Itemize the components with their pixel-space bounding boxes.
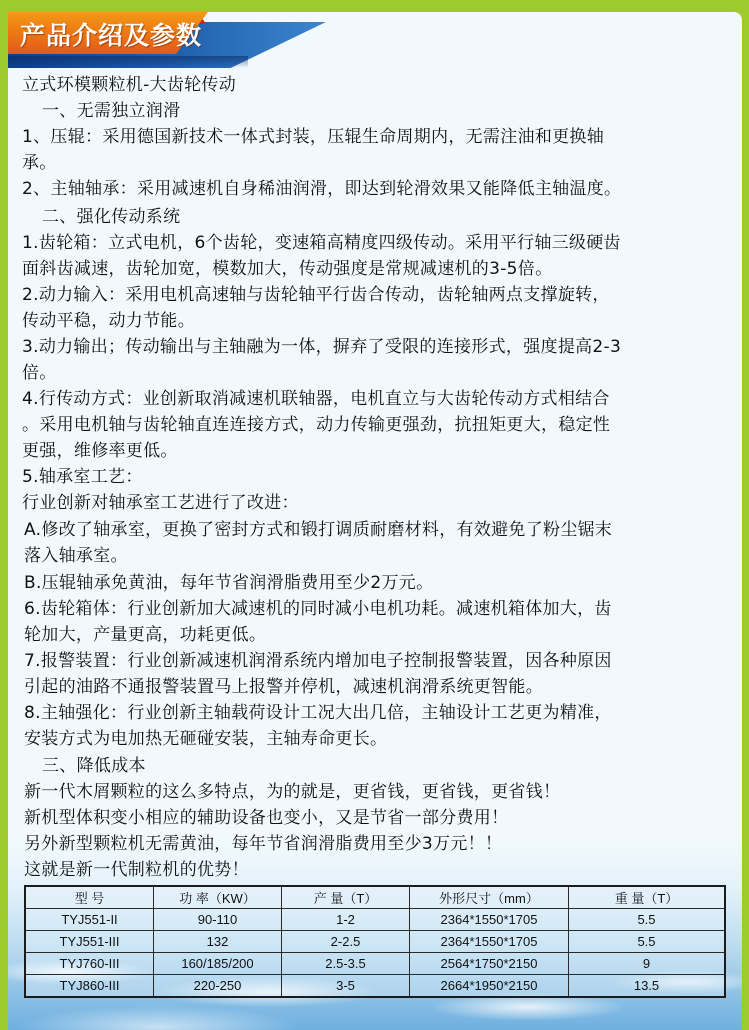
cell-power: 132 [154,931,282,953]
paragraph-line: 6.齿轮箱体：行业创新加大减速机的同时减小电机功耗。减速机箱体加大，齿 [24,598,612,620]
paragraph-line: 另外新型颗粒机无需黄油，每年节省润滑脂费用至少3万元！！ [24,833,502,855]
cell-weight: 13.5 [569,975,726,998]
paragraph-line: 2、主轴轴承：采用减速机自身稀油润滑，即达到轮滑效果又能降低主轴温度。 [22,178,621,200]
cell-model: TYJ551-II [25,909,154,931]
header-banner: 产品介绍及参数 [8,12,338,72]
paragraph-line: 倍。 [22,362,57,384]
paragraph-line: 5.轴承室工艺： [22,466,143,488]
paragraph-line: 传动平稳，动力节能。 [22,310,195,332]
cell-output: 2.5-3.5 [282,953,410,975]
table-row: TYJ860-III 220-250 3-5 2664*1950*2150 13… [25,975,725,998]
paragraph-line: 3.动力输出；传动输出与主轴融为一体，摒弃了受限的连接形式，强度提高2-3 [22,336,621,358]
section-heading: 一、无需独立润滑 [42,100,180,122]
paragraph-line: 。采用电机轴与齿轮轴直连连接方式，动力传输更强劲，抗扭矩更大，稳定性 [22,414,610,436]
table-row: TYJ551-III 132 2-2.5 2364*1550*1705 5.5 [25,931,725,953]
paragraph-line: 1.齿轮箱：立式电机，6个齿轮，变速箱高精度四级传动。采用平行轴三级硬齿 [22,232,621,254]
section-heading: 二、强化传动系统 [42,206,180,228]
paragraph-line: 8.主轴强化：行业创新主轴载荷设计工况大出几倍，主轴设计工艺更为精准， [24,702,612,724]
cell-dimensions: 2664*1950*2150 [410,975,569,998]
section-heading: 三、降低成本 [42,755,146,777]
spec-table: 型 号 功 率（KW） 产 量（T） 外形尺寸（mm） 重 量（T） TYJ55… [24,885,726,998]
cell-power: 90-110 [154,909,282,931]
paragraph-line: 承。 [22,152,57,174]
cell-output: 1-2 [282,909,410,931]
paragraph-line: 引起的油路不通报警装置马上报警并停机，减速机润滑系统更智能。 [24,676,543,698]
paragraph-line: 新机型体积变小相应的辅助设备也变小，又是节省一部分费用！ [24,807,508,829]
paragraph-line: 落入轴承室。 [24,545,128,567]
cell-model: TYJ760-III [25,953,154,975]
paragraph-line: 面斜齿减速，齿轮加宽，模数加大，传动强度是常规减速机的3-5倍。 [22,258,552,280]
paragraph-line: 7.报警装置：行业创新减速机润滑系统内增加电子控制报警装置，因各种原因 [24,650,612,672]
cell-weight: 9 [569,953,726,975]
cell-weight: 5.5 [569,931,726,953]
column-header-output: 产 量（T） [282,886,410,909]
column-header-model: 型 号 [25,886,154,909]
paragraph-line: 2.动力输入：采用电机高速轴与齿轮轴平行齿合传动，齿轮轴两点支撑旋转， [22,284,610,306]
paragraph-line: 1、压辊：采用德国新技术一体式封装，压辊生命周期内，无需注油和更换轴 [22,126,604,148]
paragraph-line: 行业创新对轴承室工艺进行了改进： [22,492,299,514]
cell-dimensions: 2364*1550*1705 [410,909,569,931]
table-row: TYJ551-II 90-110 1-2 2364*1550*1705 5.5 [25,909,725,931]
paragraph-line: 4.行传动方式：业创新取消减速机联轴器，电机直立与大齿轮传动方式相结合 [22,388,610,410]
column-header-dimensions: 外形尺寸（mm） [410,886,569,909]
cell-model: TYJ551-III [25,931,154,953]
column-header-power: 功 率（KW） [154,886,282,909]
cell-model: TYJ860-III [25,975,154,998]
cell-weight: 5.5 [569,909,726,931]
content-panel: 产品介绍及参数 立式环模颗粒机-大齿轮传动 一、无需独立润滑 1、压辊：采用德国… [8,12,742,1030]
cell-power: 160/185/200 [154,953,282,975]
column-header-weight: 重 量（T） [569,886,726,909]
table-row: TYJ760-III 160/185/200 2.5-3.5 2564*1750… [25,953,725,975]
paragraph-line: 这就是新一代制粒机的优势！ [24,859,249,881]
paragraph-line: 安装方式为电加热无砸碰安装，主轴寿命更长。 [24,728,387,750]
paragraph-line: B.压辊轴承免黄油，每年节省润滑脂费用至少2万元。 [24,572,433,594]
cell-power: 220-250 [154,975,282,998]
paragraph-line: 新一代木屑颗粒的这么多特点，为的就是，更省钱，更省钱，更省钱！ [24,781,560,803]
cell-output: 3-5 [282,975,410,998]
page-title: 产品介绍及参数 [20,16,202,52]
cell-output: 2-2.5 [282,931,410,953]
table-header-row: 型 号 功 率（KW） 产 量（T） 外形尺寸（mm） 重 量（T） [25,886,725,909]
paragraph-line: 更强，维修率更低。 [22,440,178,462]
banner-shadow [8,56,248,68]
product-name: 立式环模颗粒机-大齿轮传动 [22,74,236,96]
cell-dimensions: 2364*1550*1705 [410,931,569,953]
paragraph-line: 轮加大，产量更高，功耗更低。 [24,624,266,646]
cell-dimensions: 2564*1750*2150 [410,953,569,975]
paragraph-line: A.修改了轴承室，更换了密封方式和锻打调质耐磨材料，有效避免了粉尘锯末 [24,519,612,541]
